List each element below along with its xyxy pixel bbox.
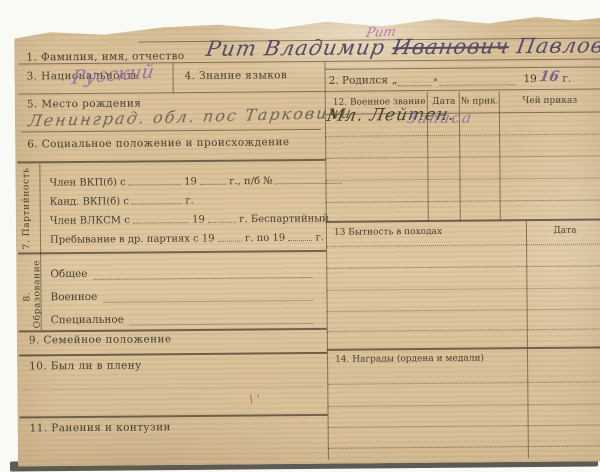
rule-under-field6 bbox=[17, 159, 325, 164]
field14-label: 14. Награды (ордена и медали) bbox=[335, 353, 484, 364]
field13-row-line bbox=[326, 265, 600, 268]
handwritten-nationality: Русский bbox=[71, 61, 156, 89]
education-special: Специальное bbox=[51, 312, 313, 326]
rule-under-row2 bbox=[19, 88, 600, 94]
field2-blank-month bbox=[439, 75, 515, 86]
field2-year-suffix: г. bbox=[562, 73, 571, 85]
field13-row-line bbox=[327, 328, 600, 331]
party-line-vlksm: Член ВЛКСМ с 19 г. Беспартийный bbox=[50, 212, 329, 227]
field6-label: 6. Социальное положение и происхождение bbox=[27, 136, 289, 150]
field10-label: 10. Был ли в плену bbox=[29, 359, 142, 372]
field14-row-line bbox=[327, 403, 600, 406]
rule-under-field9 bbox=[19, 352, 327, 357]
field4-label: 4. Знание языков bbox=[185, 69, 288, 82]
document-paper: 1. Фамилия, имя, отчество Рит Владимир И… bbox=[14, 11, 600, 466]
handwritten-birth-year: 16 bbox=[538, 69, 560, 85]
handwritten-reserve: Запаса bbox=[405, 109, 474, 128]
handwritten-correction-note: Рит bbox=[365, 25, 398, 41]
scanner-background: 1. Фамилия, имя, отчество Рит Владимир И… bbox=[0, 0, 600, 472]
field2-century: 19 bbox=[523, 73, 536, 85]
field9-label: 9. Семейное положение bbox=[29, 333, 172, 346]
field14-row-line bbox=[328, 424, 600, 427]
field13-row-line bbox=[327, 308, 600, 311]
name-patronymic: Павлович bbox=[515, 33, 600, 58]
field13-header-line bbox=[326, 243, 600, 246]
field2-star: * bbox=[433, 77, 437, 86]
name-struck-patronymic: Иванович bbox=[391, 34, 511, 59]
field14-row-line bbox=[327, 381, 600, 384]
field2-blank-day bbox=[397, 76, 431, 86]
field12-row-line bbox=[326, 199, 600, 202]
party-line-vkpb: Член ВКП(б) с 19 г., п/б № bbox=[49, 174, 342, 189]
party-line-kand: Канд. ВКП(б) с г. bbox=[50, 194, 194, 208]
education-general: Общее bbox=[50, 266, 312, 280]
party-line-other: Пребывание в др. партиях с 19 г. по 19 г… bbox=[50, 231, 324, 246]
field7-vertical-label: 7. Партийность bbox=[21, 166, 32, 250]
rule-under-field8 bbox=[19, 328, 327, 333]
field12-row-line bbox=[325, 155, 600, 158]
red-ink-mark: \ ' bbox=[249, 392, 263, 404]
field12-row-line bbox=[325, 133, 600, 136]
rule-under-birthplace bbox=[21, 129, 321, 133]
field12-col-order: № прик. bbox=[461, 96, 499, 106]
rule-under-field7 bbox=[18, 250, 326, 255]
field2-label: 2. Родился bbox=[329, 74, 388, 87]
field12-col-whose: Чей приказ bbox=[505, 96, 595, 107]
field13-row-line bbox=[326, 287, 600, 290]
rule-under-field12 bbox=[326, 218, 600, 222]
divider-field3-field4 bbox=[172, 63, 173, 93]
field13-label: 13 Бытность в походах bbox=[334, 227, 442, 238]
field2-row: 2. Родился „ * 19 16 г. bbox=[329, 68, 599, 86]
education-military: Военное bbox=[50, 289, 312, 303]
field14-row-line bbox=[328, 445, 600, 448]
rule-under-field13 bbox=[327, 346, 600, 350]
field11-label: 11. Ранения и контузии bbox=[30, 421, 171, 434]
handwritten-name: Рит Владимир Иванович Павлович bbox=[204, 33, 600, 61]
rule-under-field10 bbox=[20, 414, 328, 419]
field12-row-line bbox=[325, 177, 600, 180]
field13-col-date: Дата bbox=[528, 225, 600, 236]
name-first: Рит Владимир bbox=[204, 35, 387, 61]
faint-line-field10 bbox=[23, 386, 323, 390]
field8-vertical-label: 8. Образование bbox=[22, 264, 43, 328]
